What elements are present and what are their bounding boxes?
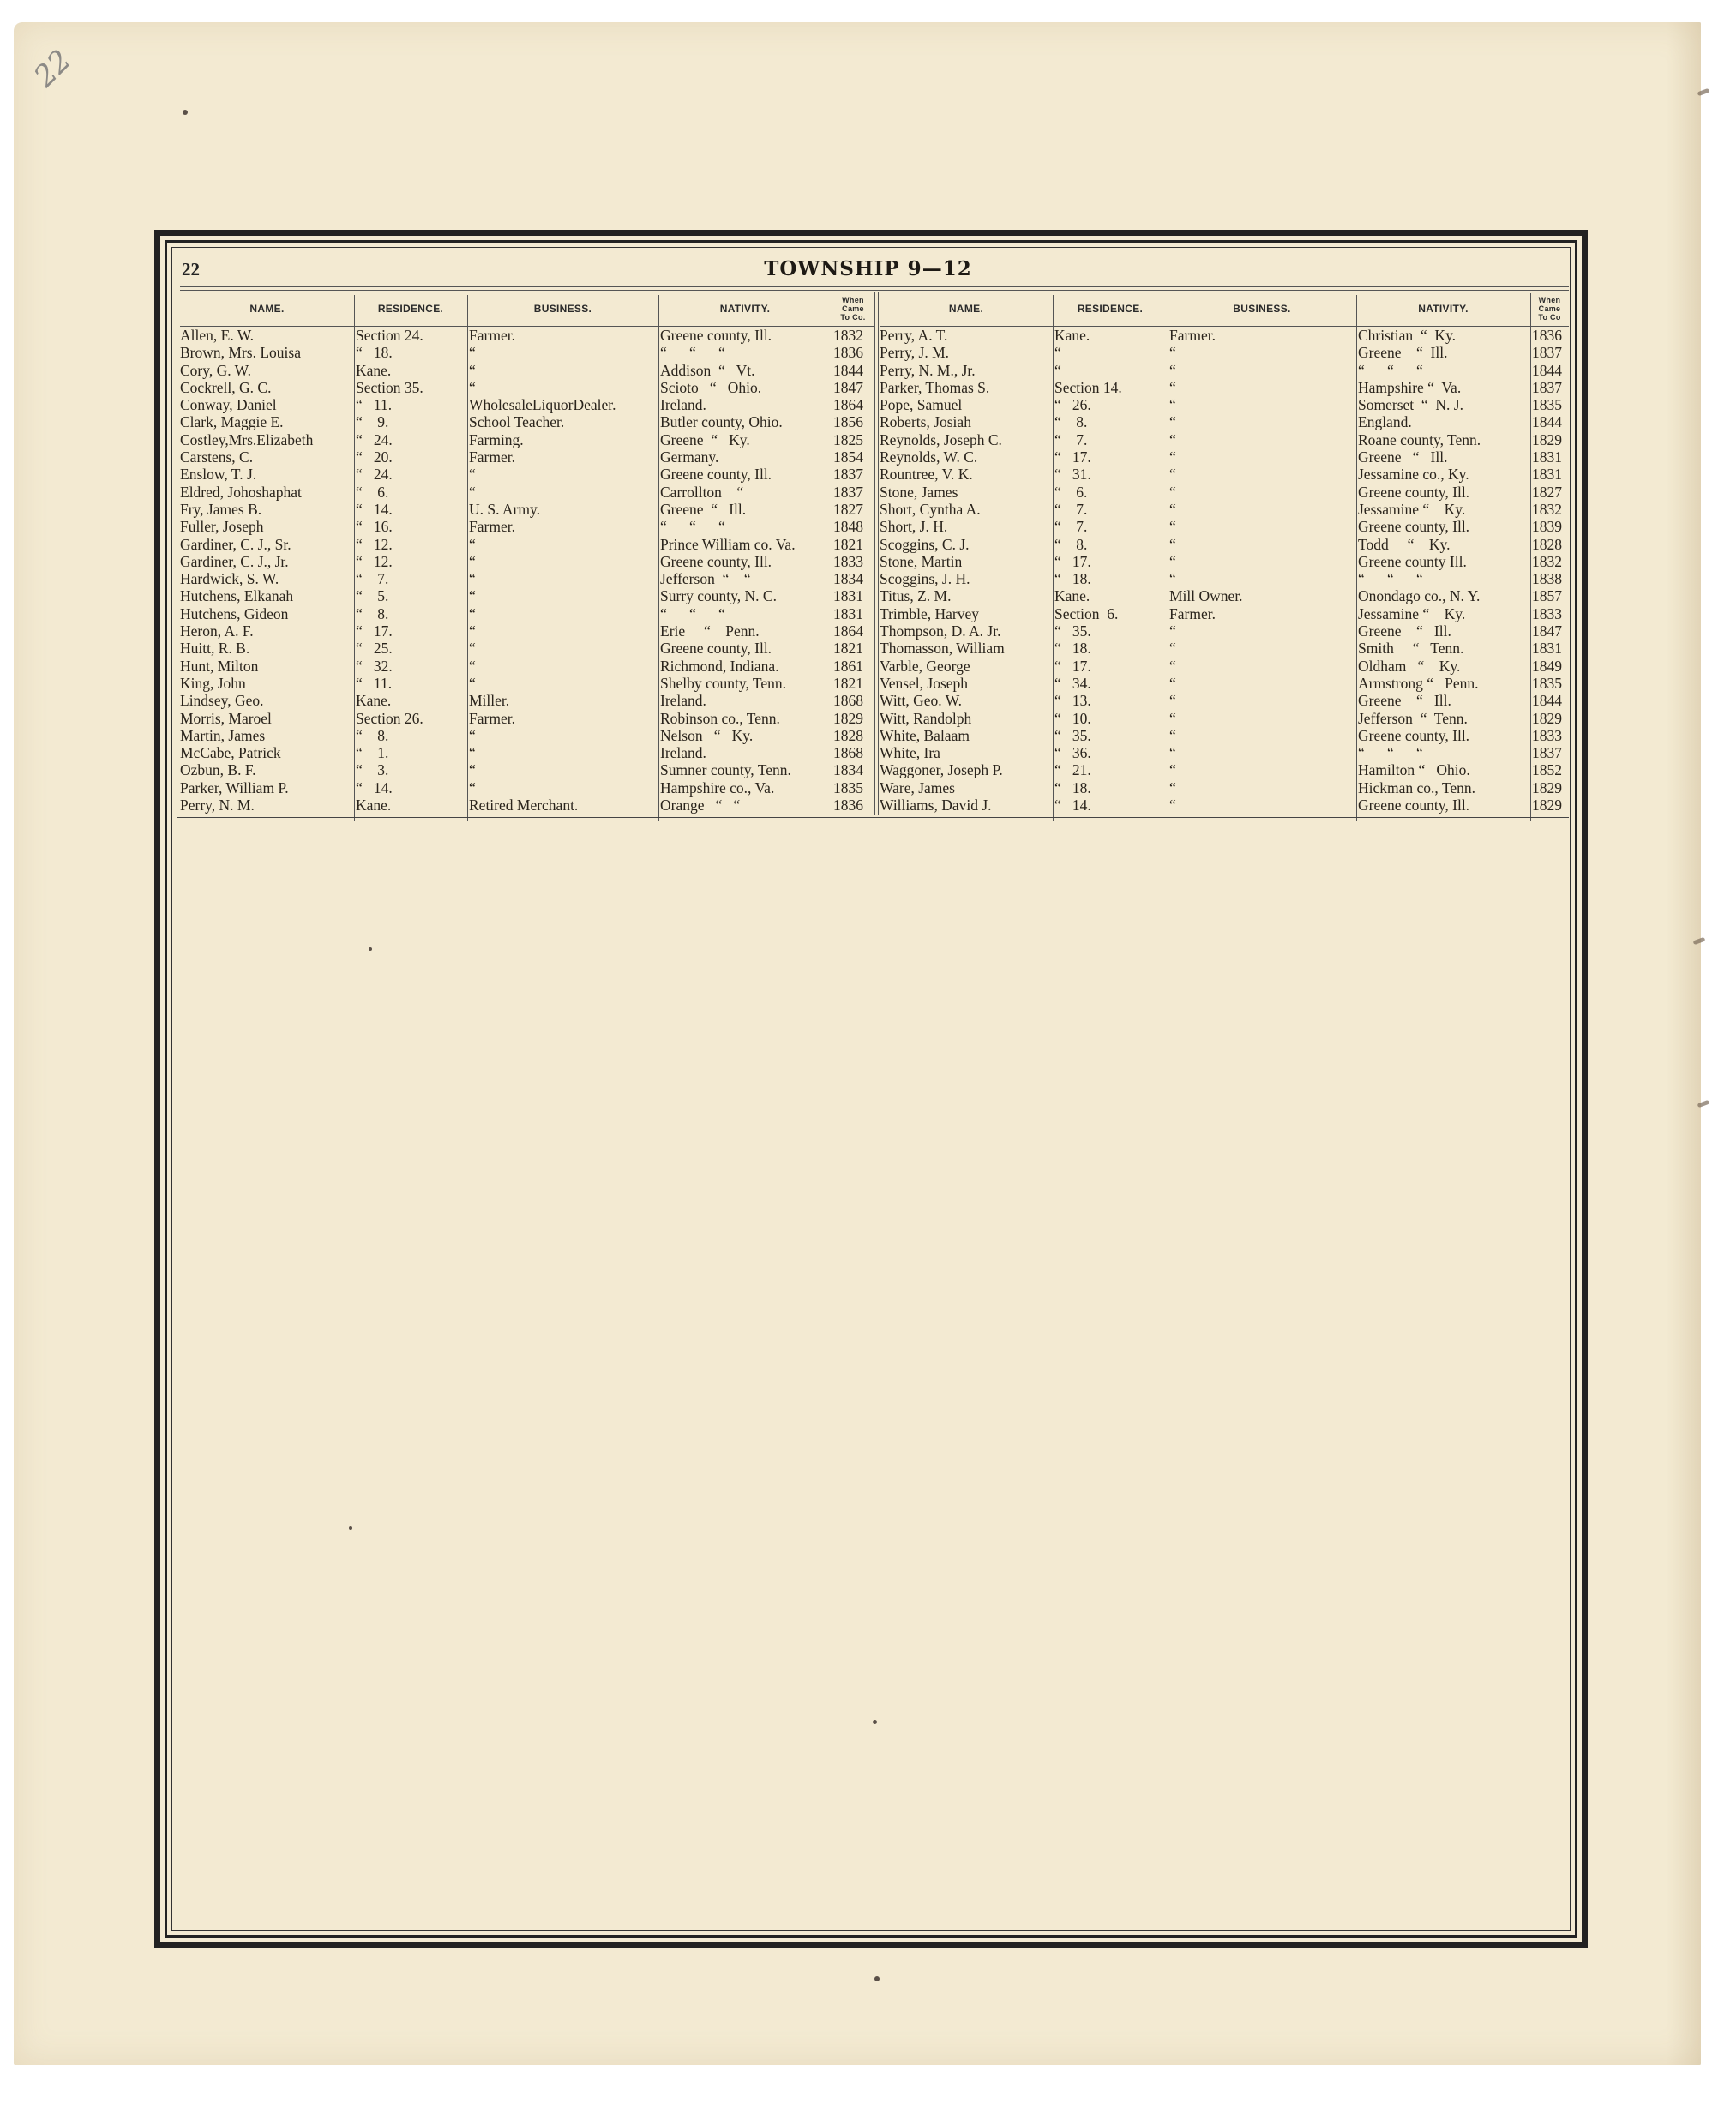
table-row: Short, Cyntha A.“ 7.“Jessamine “ Ky.1832 <box>880 501 1569 518</box>
cell-nativity: Surry county, N. C. <box>660 587 830 604</box>
cell-residence: “ 31. <box>1054 466 1166 483</box>
cell-name: Heron, A. F. <box>180 622 354 640</box>
cell-residence: Section 6. <box>1054 605 1166 622</box>
cell-nativity: “ “ “ <box>660 518 830 535</box>
cell-name: Parker, Thomas S. <box>880 379 1051 396</box>
cell-business: Farmer. <box>1169 327 1355 344</box>
title-rule-2 <box>180 290 1569 291</box>
cell-business: Farmer. <box>1169 605 1355 622</box>
header-when: When <box>1539 296 1561 304</box>
cell-name: Fuller, Joseph <box>180 518 354 535</box>
cell-name: McCabe, Patrick <box>180 744 354 761</box>
cell-year: 1852 <box>1532 761 1568 778</box>
cell-business: “ <box>1169 536 1355 553</box>
cell-name: Ozbun, B. F. <box>180 761 354 778</box>
table-row: Perry, J. M.““Greene “ Ill.1837 <box>880 344 1569 361</box>
cell-nativity: Greene county, Ill. <box>1358 518 1529 535</box>
cell-residence: “ 8. <box>1054 413 1166 430</box>
header-when-came: When Came To Co. <box>832 292 874 326</box>
column-divider <box>1053 327 1054 821</box>
cell-year: 1829 <box>1532 797 1568 814</box>
table-row: Conway, Daniel“ 11.WholesaleLiquorDealer… <box>180 396 874 413</box>
cell-name: Cockrell, G. C. <box>180 379 354 396</box>
table-row: Scoggins, J. H.“ 18.““ “ “1838 <box>880 570 1569 587</box>
cell-name: Hutchens, Elkanah <box>180 587 354 604</box>
cell-business: “ <box>1169 779 1355 797</box>
center-divider <box>874 292 875 815</box>
cell-name: Scoggins, C. J. <box>880 536 1051 553</box>
cell-business: Mill Owner. <box>1169 587 1355 604</box>
column-divider <box>832 327 832 821</box>
cell-business: “ <box>469 344 658 361</box>
table-row: Witt, Randolph“ 10.“Jefferson “ Tenn.182… <box>880 710 1569 727</box>
header-when-came: When Came To Co <box>1530 292 1569 326</box>
cell-residence: “ 20. <box>356 448 466 466</box>
cell-nativity: Hampshire “ Va. <box>1358 379 1529 396</box>
cell-name: Stone, James <box>880 484 1051 501</box>
cell-residence: “ 11. <box>356 675 466 692</box>
cell-residence: “ 16. <box>356 518 466 535</box>
cell-year: 1828 <box>1532 536 1568 553</box>
cell-residence: Kane. <box>356 797 466 814</box>
cell-name: Costley,Mrs.Elizabeth <box>180 431 354 448</box>
cell-name: Brown, Mrs. Louisa <box>180 344 354 361</box>
cell-business: “ <box>469 675 658 692</box>
header-name: NAME. <box>880 292 1053 326</box>
cell-name: White, Balaam <box>880 727 1051 744</box>
cell-nativity: Roane county, Tenn. <box>1358 431 1529 448</box>
cell-nativity: Robinson co., Tenn. <box>660 710 830 727</box>
table-row: Scoggins, C. J.“ 8.“Todd “ Ky.1828 <box>880 536 1569 553</box>
table-row: Cockrell, G. C.Section 35.“Scioto “ Ohio… <box>180 379 874 396</box>
cell-name: Conway, Daniel <box>180 396 354 413</box>
table-row: Hunt, Milton“ 32.“Richmond, Indiana.1861 <box>180 658 874 675</box>
cell-nativity: Ireland. <box>660 692 830 709</box>
cell-year: 1821 <box>833 675 873 692</box>
cell-name: Thompson, D. A. Jr. <box>880 622 1051 640</box>
cell-residence: “ 14. <box>356 779 466 797</box>
cell-year: 1832 <box>1532 501 1568 518</box>
cell-residence: “ 7. <box>1054 501 1166 518</box>
cell-name: Pope, Samuel <box>880 396 1051 413</box>
cell-business: “ <box>1169 484 1355 501</box>
cell-nativity: Greene “ Ill. <box>660 501 830 518</box>
cell-year: 1827 <box>1532 484 1568 501</box>
cell-name: Reynolds, Joseph C. <box>880 431 1051 448</box>
cell-residence: “ 14. <box>1054 797 1166 814</box>
cell-year: 1827 <box>833 501 873 518</box>
table-row: Enslow, T. J.“ 24.“Greene county, Ill.18… <box>180 466 874 483</box>
cell-business: “ <box>1169 501 1355 518</box>
cell-business: Miller. <box>469 692 658 709</box>
cell-residence: Kane. <box>1054 327 1166 344</box>
table-row: Fuller, Joseph“ 16.Farmer.“ “ “1848 <box>180 518 874 535</box>
table-row: Perry, N. M., Jr.“““ “ “1844 <box>880 362 1569 379</box>
cell-nativity: Butler county, Ohio. <box>660 413 830 430</box>
table-row: Fry, James B.“ 14.U. S. Army.Greene “ Il… <box>180 501 874 518</box>
cell-residence: “ 17. <box>1054 553 1166 570</box>
cell-nativity: Greene county, Ill. <box>660 640 830 657</box>
table-row: Reynolds, W. C.“ 17.“Greene “ Ill.1831 <box>880 448 1569 466</box>
header-came: Came <box>842 304 864 313</box>
table-left: NAME. RESIDENCE. BUSINESS. NATIVITY. Whe… <box>180 292 874 814</box>
header-business: BUSINESS. <box>1168 292 1356 326</box>
cell-year: 1828 <box>833 727 873 744</box>
cell-name: Reynolds, W. C. <box>880 448 1051 466</box>
table-row: Williams, David J.“ 14.“Greene county, I… <box>880 797 1569 814</box>
header-residence: RESIDENCE. <box>354 292 467 326</box>
cell-nativity: Jefferson “ Tenn. <box>1358 710 1529 727</box>
cell-year: 1836 <box>833 344 873 361</box>
cell-name: Martin, James <box>180 727 354 744</box>
table-row: Trimble, HarveySection 6.Farmer.Jessamin… <box>880 605 1569 622</box>
cell-nativity: “ “ “ <box>1358 744 1529 761</box>
cell-nativity: Germany. <box>660 448 830 466</box>
cell-residence: “ 3. <box>356 761 466 778</box>
cell-name: Gardiner, C. J., Sr. <box>180 536 354 553</box>
cell-name: Huitt, R. B. <box>180 640 354 657</box>
table-row: Perry, N. M.Kane.Retired Merchant.Orange… <box>180 797 874 814</box>
table-row: Huitt, R. B.“ 25.“Greene county, Ill.182… <box>180 640 874 657</box>
cell-residence: “ 18. <box>1054 570 1166 587</box>
cell-nativity: Sumner county, Tenn. <box>660 761 830 778</box>
cell-name: Hardwick, S. W. <box>180 570 354 587</box>
cell-business: “ <box>469 658 658 675</box>
cell-year: 1844 <box>1532 362 1568 379</box>
cell-residence: “ 6. <box>356 484 466 501</box>
cell-year: 1864 <box>833 622 873 640</box>
cell-year: 1837 <box>1532 344 1568 361</box>
cell-business: Farmer. <box>469 710 658 727</box>
cell-nativity: Onondago co., N. Y. <box>1358 587 1529 604</box>
cell-name: Perry, A. T. <box>880 327 1051 344</box>
cell-name: Perry, N. M., Jr. <box>880 362 1051 379</box>
column-divider <box>1168 327 1168 821</box>
cell-nativity: Hickman co., Tenn. <box>1358 779 1529 797</box>
cell-year: 1831 <box>1532 448 1568 466</box>
cell-year: 1831 <box>1532 466 1568 483</box>
cell-nativity: Ireland. <box>660 396 830 413</box>
cell-name: Ware, James <box>880 779 1051 797</box>
ink-speck <box>874 1976 880 1981</box>
table-row: Hutchens, Gideon“ 8.““ “ “1831 <box>180 605 874 622</box>
cell-name: Williams, David J. <box>880 797 1051 814</box>
table-row: Short, J. H.“ 7.“Greene county, Ill.1839 <box>880 518 1569 535</box>
table-row: Lindsey, Geo.Kane.Miller.Ireland.1868 <box>180 692 874 709</box>
cell-name: Stone, Martin <box>880 553 1051 570</box>
cell-nativity: Richmond, Indiana. <box>660 658 830 675</box>
cell-nativity: Jessamine “ Ky. <box>1358 605 1529 622</box>
cell-year: 1831 <box>1532 640 1568 657</box>
cell-name: Vensel, Joseph <box>880 675 1051 692</box>
cell-business: “ <box>469 466 658 483</box>
cell-nativity: Armstrong “ Penn. <box>1358 675 1529 692</box>
column-divider <box>658 327 659 821</box>
cell-business: “ <box>469 640 658 657</box>
cell-residence: “ 7. <box>1054 518 1166 535</box>
cell-business: “ <box>1169 448 1355 466</box>
table-bottom-rule <box>177 817 1569 818</box>
cell-year: 1856 <box>833 413 873 430</box>
cell-name: Witt, Geo. W. <box>880 692 1051 709</box>
cell-year: 1825 <box>833 431 873 448</box>
cell-residence: Kane. <box>1054 587 1166 604</box>
cell-year: 1836 <box>1532 327 1568 344</box>
cell-business: “ <box>1169 413 1355 430</box>
table-row: Roberts, Josiah“ 8.“England.1844 <box>880 413 1569 430</box>
cell-business: “ <box>1169 344 1355 361</box>
cell-business: “ <box>469 484 658 501</box>
page-title: TOWNSHIP 9—12 <box>0 257 1736 280</box>
cell-residence: “ 17. <box>1054 658 1166 675</box>
cell-name: Eldred, Johoshaphat <box>180 484 354 501</box>
cell-business: “ <box>1169 553 1355 570</box>
table-header: NAME. RESIDENCE. BUSINESS. NATIVITY. Whe… <box>880 292 1569 327</box>
cell-name: Cory, G. W. <box>180 362 354 379</box>
table-row: Hutchens, Elkanah“ 5.“Surry county, N. C… <box>180 587 874 604</box>
cell-business: Farmer. <box>469 327 658 344</box>
cell-nativity: Greene “ Ill. <box>1358 622 1529 640</box>
cell-business: “ <box>1169 518 1355 535</box>
table-row: King, John“ 11.“Shelby county, Tenn.1821 <box>180 675 874 692</box>
cell-business: “ <box>1169 640 1355 657</box>
cell-year: 1838 <box>1532 570 1568 587</box>
cell-nativity: Jessamine “ Ky. <box>1358 501 1529 518</box>
cell-nativity: Greene county, Ill. <box>660 466 830 483</box>
cell-name: Lindsey, Geo. <box>180 692 354 709</box>
cell-year: 1829 <box>1532 431 1568 448</box>
cell-residence: “ 25. <box>356 640 466 657</box>
cell-residence: “ 7. <box>1054 431 1166 448</box>
cell-year: 1837 <box>1532 379 1568 396</box>
cell-residence: “ 18. <box>1054 779 1166 797</box>
cell-nativity: Somerset “ N. J. <box>1358 396 1529 413</box>
cell-year: 1835 <box>1532 396 1568 413</box>
cell-year: 1837 <box>1532 744 1568 761</box>
cell-residence: “ 8. <box>1054 536 1166 553</box>
cell-residence: Section 24. <box>356 327 466 344</box>
table-row: Brown, Mrs. Louisa“ 18.““ “ “1836 <box>180 344 874 361</box>
cell-name: Witt, Randolph <box>880 710 1051 727</box>
cell-business: “ <box>1169 692 1355 709</box>
cell-nativity: Greene county, Ill. <box>660 327 830 344</box>
column-divider <box>467 327 468 821</box>
cell-residence: “ <box>1054 362 1166 379</box>
header-business: BUSINESS. <box>467 292 658 326</box>
cell-residence: “ 17. <box>356 622 466 640</box>
cell-year: 1833 <box>833 553 873 570</box>
cell-business: Retired Merchant. <box>469 797 658 814</box>
cell-year: 1847 <box>1532 622 1568 640</box>
cell-nativity: “ “ “ <box>660 344 830 361</box>
cell-nativity: Nelson “ Ky. <box>660 727 830 744</box>
table-row: Costley,Mrs.Elizabeth“ 24.Farming.Greene… <box>180 431 874 448</box>
column-divider <box>1356 327 1357 821</box>
table-row: Reynolds, Joseph C.“ 7.“Roane county, Te… <box>880 431 1569 448</box>
cell-residence: “ 35. <box>1054 727 1166 744</box>
cell-year: 1837 <box>833 466 873 483</box>
cell-business: “ <box>1169 797 1355 814</box>
cell-year: 1836 <box>833 797 873 814</box>
cell-year: 1844 <box>833 362 873 379</box>
center-divider-2 <box>878 292 879 815</box>
cell-residence: “ <box>1054 344 1166 361</box>
cell-year: 1854 <box>833 448 873 466</box>
table-row: Thompson, D. A. Jr.“ 35.“Greene “ Ill.18… <box>880 622 1569 640</box>
cell-residence: Section 14. <box>1054 379 1166 396</box>
cell-name: Parker, William P. <box>180 779 354 797</box>
cell-business: Farmer. <box>469 518 658 535</box>
cell-nativity: England. <box>1358 413 1529 430</box>
cell-business: Farmer. <box>469 448 658 466</box>
cell-nativity: “ “ “ <box>660 605 830 622</box>
cell-business: “ <box>469 379 658 396</box>
cell-residence: Kane. <box>356 362 466 379</box>
cell-name: Carstens, C. <box>180 448 354 466</box>
cell-business: “ <box>469 744 658 761</box>
cell-residence: Section 26. <box>356 710 466 727</box>
cell-year: 1848 <box>833 518 873 535</box>
cell-nativity: Hamilton “ Ohio. <box>1358 761 1529 778</box>
page-edge-shading <box>1667 22 1701 2065</box>
table-row: Morris, MaroelSection 26.Farmer.Robinson… <box>180 710 874 727</box>
cell-year: 1839 <box>1532 518 1568 535</box>
cell-nativity: Greene “ Ill. <box>1358 344 1529 361</box>
cell-year: 1831 <box>833 605 873 622</box>
cell-business: “ <box>469 587 658 604</box>
cell-nativity: Oldham “ Ky. <box>1358 658 1529 675</box>
cell-residence: “ 12. <box>356 553 466 570</box>
cell-year: 1844 <box>1532 692 1568 709</box>
table-row: Parker, Thomas S.Section 14.“Hampshire “… <box>880 379 1569 396</box>
cell-year: 1829 <box>1532 710 1568 727</box>
cell-year: 1821 <box>833 640 873 657</box>
cell-residence: “ 24. <box>356 466 466 483</box>
title-rule <box>180 286 1569 287</box>
cell-name: Trimble, Harvey <box>880 605 1051 622</box>
cell-residence: “ 18. <box>356 344 466 361</box>
cell-name: Clark, Maggie E. <box>180 413 354 430</box>
cell-business: “ <box>469 622 658 640</box>
cell-nativity: “ “ “ <box>1358 570 1529 587</box>
cell-nativity: Erie “ Penn. <box>660 622 830 640</box>
header-nativity: NATIVITY. <box>1356 292 1530 326</box>
cell-year: 1831 <box>833 587 873 604</box>
cell-business: U. S. Army. <box>469 501 658 518</box>
cell-nativity: Orange “ “ <box>660 797 830 814</box>
cell-nativity: Ireland. <box>660 744 830 761</box>
cell-year: 1849 <box>1532 658 1568 675</box>
table-row: Waggoner, Joseph P.“ 21.“Hamilton “ Ohio… <box>880 761 1569 778</box>
table-row: Witt, Geo. W.“ 13.“Greene “ Ill.1844 <box>880 692 1569 709</box>
cell-business: “ <box>1169 362 1355 379</box>
table-row: White, Ira“ 36.““ “ “1837 <box>880 744 1569 761</box>
cell-name: Morris, Maroel <box>180 710 354 727</box>
table-row: Ozbun, B. F.“ 3.“Sumner county, Tenn.183… <box>180 761 874 778</box>
table-row: Ware, James“ 18.“Hickman co., Tenn.1829 <box>880 779 1569 797</box>
table-row: Gardiner, C. J., Jr.“ 12.“Greene county,… <box>180 553 874 570</box>
cell-name: Roberts, Josiah <box>880 413 1051 430</box>
cell-year: 1834 <box>833 570 873 587</box>
table-row: Vensel, Joseph“ 34.“Armstrong “ Penn.183… <box>880 675 1569 692</box>
cell-name: Enslow, T. J. <box>180 466 354 483</box>
cell-residence: “ 12. <box>356 536 466 553</box>
cell-business: “ <box>1169 622 1355 640</box>
cell-name: Thomasson, William <box>880 640 1051 657</box>
cell-residence: “ 8. <box>356 727 466 744</box>
table-row: McCabe, Patrick“ 1.“Ireland.1868 <box>180 744 874 761</box>
cell-nativity: Greene county, Ill. <box>660 553 830 570</box>
cell-year: 1834 <box>833 761 873 778</box>
cell-business: Farming. <box>469 431 658 448</box>
cell-business: “ <box>469 605 658 622</box>
cell-residence: “ 7. <box>356 570 466 587</box>
cell-residence: “ 21. <box>1054 761 1166 778</box>
cell-year: 1821 <box>833 536 873 553</box>
cell-year: 1829 <box>833 710 873 727</box>
cell-business: “ <box>469 362 658 379</box>
cell-name: Varble, George <box>880 658 1051 675</box>
table-header: NAME. RESIDENCE. BUSINESS. NATIVITY. Whe… <box>180 292 874 327</box>
header-residence: RESIDENCE. <box>1053 292 1168 326</box>
cell-name: Rountree, V. K. <box>880 466 1051 483</box>
table-row: White, Balaam“ 35.“Greene county, Ill.18… <box>880 727 1569 744</box>
table-body-right: Perry, A. T.Kane.Farmer.Christian “ Ky.1… <box>880 327 1569 814</box>
cell-nativity: Greene “ Ill. <box>1358 448 1529 466</box>
cell-residence: “ 34. <box>1054 675 1166 692</box>
cell-residence: “ 13. <box>1054 692 1166 709</box>
cell-year: 1857 <box>1532 587 1568 604</box>
cell-residence: “ 18. <box>1054 640 1166 657</box>
table-row: Martin, James“ 8.“Nelson “ Ky.1828 <box>180 727 874 744</box>
table-row: Eldred, Johoshaphat“ 6.“Carrollton “1837 <box>180 484 874 501</box>
header-nativity: NATIVITY. <box>658 292 832 326</box>
cell-residence: Kane. <box>356 692 466 709</box>
cell-year: 1861 <box>833 658 873 675</box>
cell-residence: “ 32. <box>356 658 466 675</box>
ink-speck <box>183 110 188 115</box>
cell-nativity: Shelby county, Tenn. <box>660 675 830 692</box>
cell-business: “ <box>469 779 658 797</box>
cell-year: 1832 <box>833 327 873 344</box>
table-row: Pope, Samuel“ 26.“Somerset “ N. J.1835 <box>880 396 1569 413</box>
cell-business: “ <box>1169 431 1355 448</box>
table-row: Rountree, V. K.“ 31.“Jessamine co., Ky.1… <box>880 466 1569 483</box>
table-row: Clark, Maggie E.“ 9.School Teacher.Butle… <box>180 413 874 430</box>
cell-nativity: Greene county, Ill. <box>1358 484 1529 501</box>
cell-year: 1837 <box>833 484 873 501</box>
cell-nativity: Greene “ Ill. <box>1358 692 1529 709</box>
header-came: Came <box>1539 304 1561 313</box>
cell-business: “ <box>469 727 658 744</box>
table-right: NAME. RESIDENCE. BUSINESS. NATIVITY. Whe… <box>880 292 1569 814</box>
table-row: Allen, E. W.Section 24.Farmer.Greene cou… <box>180 327 874 344</box>
table-row: Perry, A. T.Kane.Farmer.Christian “ Ky.1… <box>880 327 1569 344</box>
table-row: Carstens, C.“ 20.Farmer.Germany.1854 <box>180 448 874 466</box>
cell-year: 1832 <box>1532 553 1568 570</box>
table-body-left: Allen, E. W.Section 24.Farmer.Greene cou… <box>180 327 874 814</box>
cell-business: “ <box>469 570 658 587</box>
column-divider <box>354 327 355 821</box>
cell-nativity: Christian “ Ky. <box>1358 327 1529 344</box>
cell-business: “ <box>469 536 658 553</box>
cell-business: “ <box>1169 570 1355 587</box>
cell-nativity: Hampshire co., Va. <box>660 779 830 797</box>
cell-residence: “ 35. <box>1054 622 1166 640</box>
cell-residence: “ 24. <box>356 431 466 448</box>
cell-year: 1835 <box>833 779 873 797</box>
cell-year: 1868 <box>833 692 873 709</box>
